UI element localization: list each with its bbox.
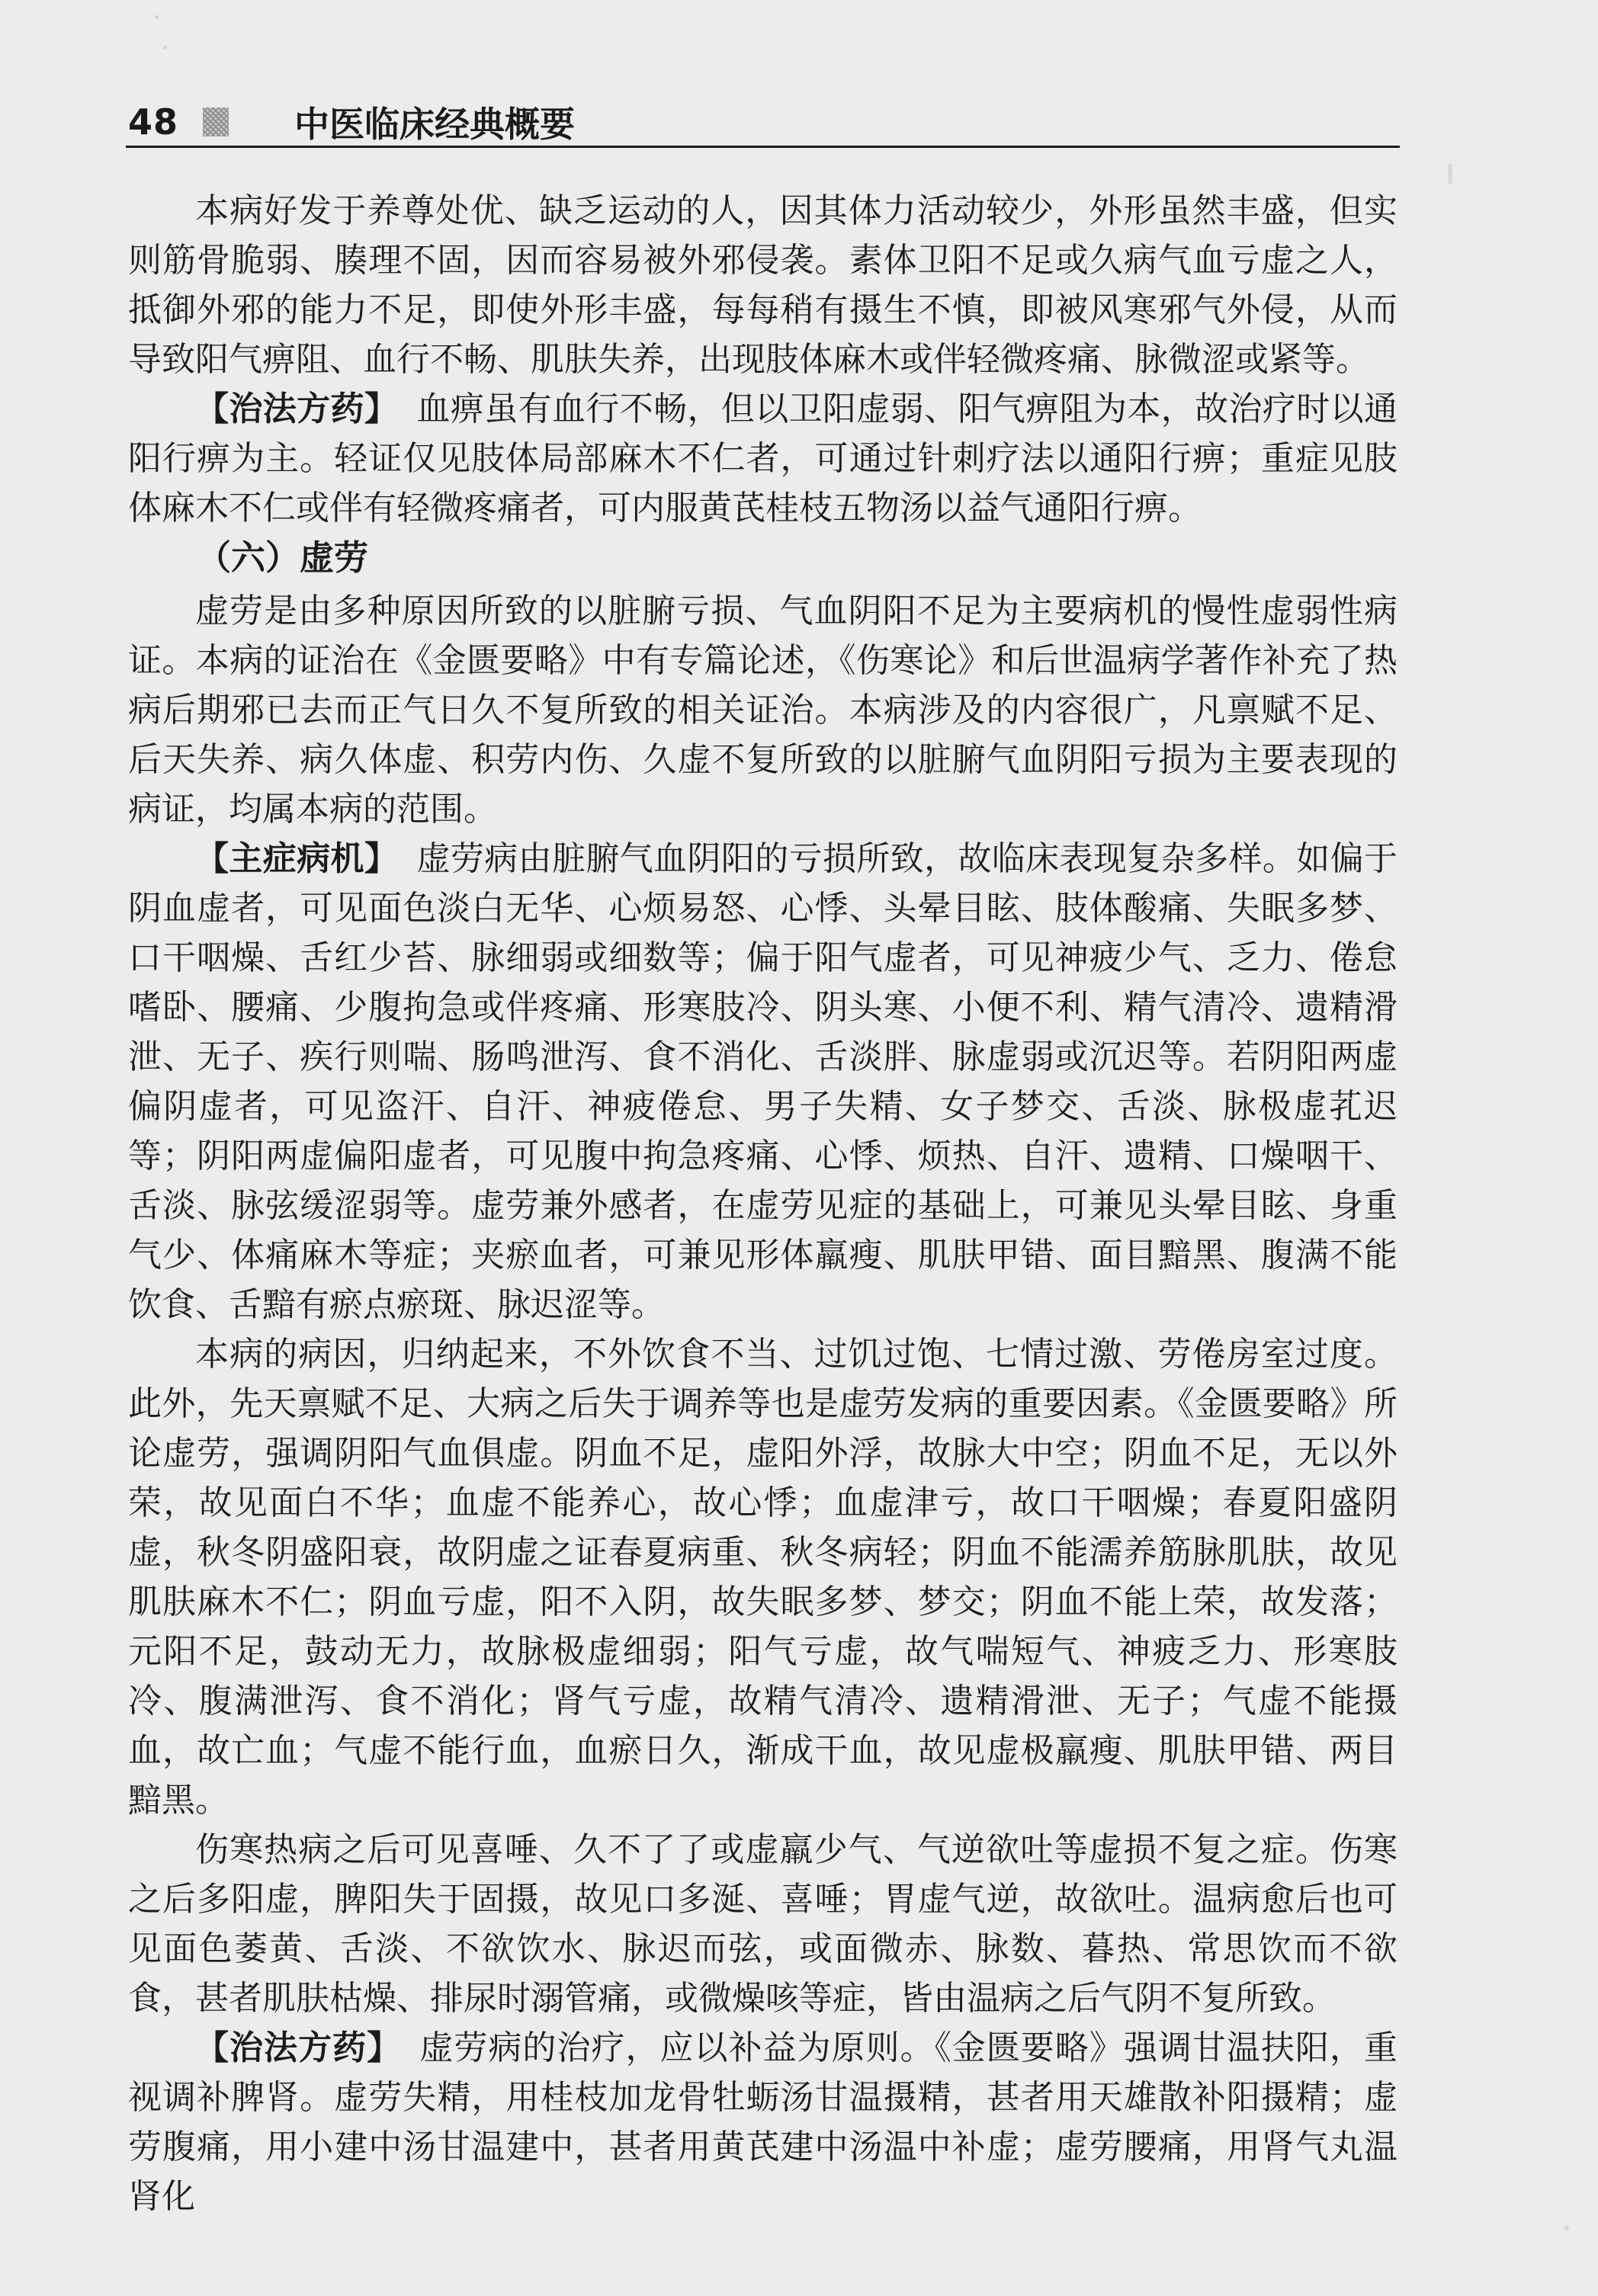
scan-speck [1564,2226,1569,2230]
paragraph: 本病的病因，归纳起来，不外饮食不当、过饥过饱、七情过激、劳倦房室过度。此外，先天… [128,1329,1397,1825]
content: 本病好发于养尊处优、缺乏运动的人，因其体力活动较少，外形虽然丰盛，但实则筋骨脆弱… [128,186,1397,2221]
paragraph: 虚劳是由多种原因所致的以脏腑亏损、气血阴阳不足为主要病机的慢性虚弱性病证。本病的… [128,586,1397,834]
paragraph-label: 【主症病机】 [195,839,398,878]
paragraph-label: 【治法方药】 [195,2028,401,2067]
paragraph: 【主症病机】虚劳病由脏腑气血阴阳的亏损所致，故临床表现复杂多样。如偏于阴血虚者，… [128,834,1397,1329]
book-title: 中医临床经典概要 [294,97,575,147]
scan-speck [163,46,167,50]
section-heading: （六）虚劳 [128,533,1397,582]
page-number: 48 [128,101,178,143]
running-head: 48 中医临床经典概要 [128,101,1400,143]
paragraph-label: 【治法方药】 [195,390,398,428]
book-page: 48 中医临床经典概要 本病好发于养尊处优、缺乏运动的人，因其体力活动较少，外形… [0,0,1598,2296]
scan-speck [1448,164,1452,184]
paragraph: 伤寒热病之后可见喜唾、久不了了或虚羸少气、气逆欲吐等虚损不复之症。伤寒之后多阳虚… [128,1825,1397,2023]
paragraph: 【治法方药】虚劳病的治疗，应以补益为原则。《金匮要略》强调甘温扶阳，重视调补脾肾… [128,2023,1397,2221]
scan-speck [155,15,159,19]
header-rule [126,146,1400,148]
paragraph: 本病好发于养尊处优、缺乏运动的人，因其体力活动较少，外形虽然丰盛，但实则筋骨脆弱… [128,186,1397,384]
paragraph: 【治法方药】血痹虽有血行不畅，但以卫阳虚弱、阳气痹阻为本，故治疗时以通阳行痹为主… [128,384,1397,533]
halftone-square-icon [203,107,229,136]
